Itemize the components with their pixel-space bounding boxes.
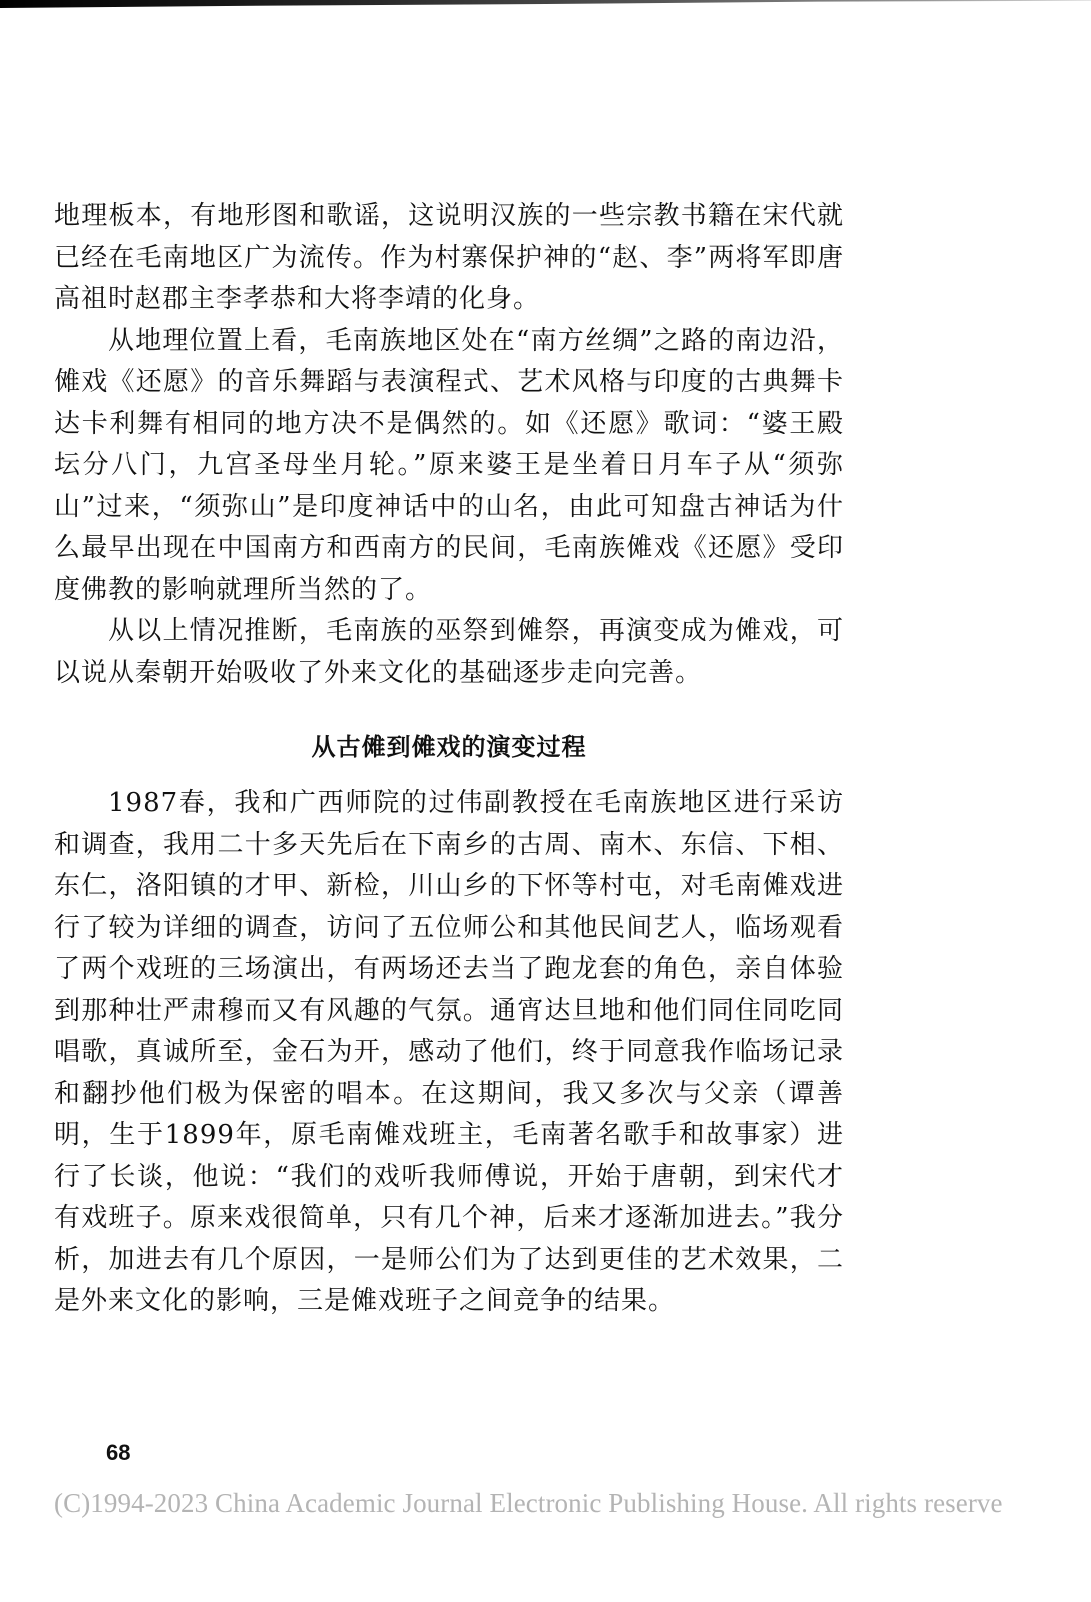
paragraph-fieldwork: 1987春，我和广西师院的过伟副教授在毛南族地区进行采访和调查，我用二十多天先后… <box>54 783 844 1323</box>
scan-edge-artifact <box>0 0 1091 8</box>
page-number: 68 <box>106 1440 130 1466</box>
section-heading: 从古傩到傩戏的演变过程 <box>54 727 844 767</box>
page-body: 地理板本，有地形图和歌谣，这说明汉族的一些宗教书籍在宋代就已经在毛南地区广为流传… <box>54 196 844 1323</box>
copyright-watermark: (C)1994-2023 China Academic Journal Elec… <box>54 1488 1003 1519</box>
paragraph-geography: 从地理位置上看，毛南族地区处在“南方丝绸”之路的南边沿，傩戏《还愿》的音乐舞蹈与… <box>54 321 844 612</box>
paragraph-conclusion: 从以上情况推断，毛南族的巫祭到傩祭，再演变成为傩戏，可以说从秦朝开始吸收了外来文… <box>54 611 844 694</box>
paragraph-continued: 地理板本，有地形图和歌谣，这说明汉族的一些宗教书籍在宋代就已经在毛南地区广为流传… <box>54 196 844 321</box>
